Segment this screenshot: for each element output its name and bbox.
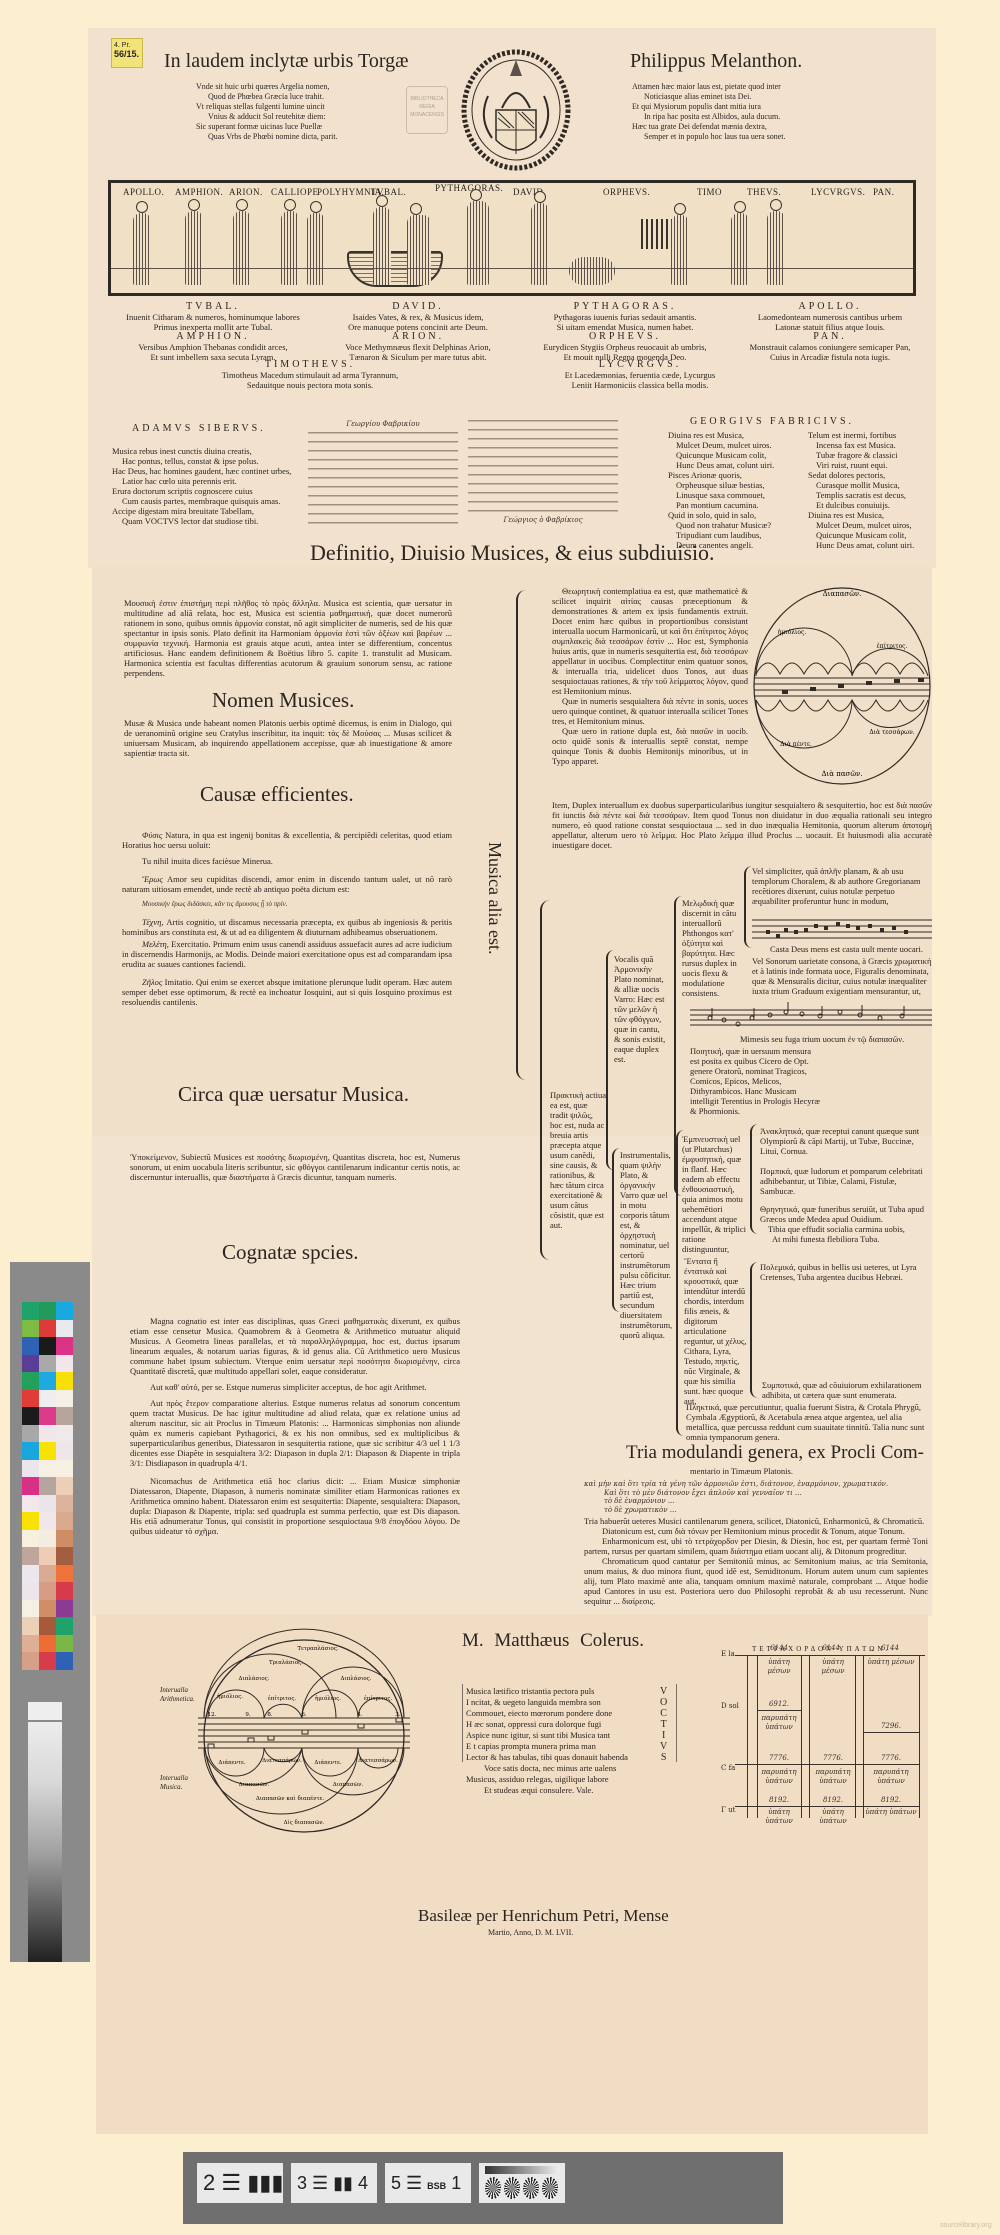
- frieze-label: ORPHEVS.: [603, 187, 650, 197]
- color-swatch: [22, 1617, 39, 1635]
- acrostic-letters: VOC TIV S: [660, 1686, 667, 1763]
- colerus-acrostic-poem: Musica lætifico tristantia pectora pulsI…: [466, 1686, 658, 1796]
- color-swatch: [22, 1495, 39, 1513]
- library-stamp: BIBLIOTHECAREGIAMONACENSIS: [406, 86, 448, 134]
- svg-text:Διπλάσιος.: Διπλάσιος.: [239, 1675, 270, 1682]
- target-panel-3: 5 ☰ BSB 1: [385, 2163, 471, 2203]
- frieze-label: TVBAL.: [371, 187, 406, 197]
- svg-text:ἡμιόλιος.: ἡμιόλιος.: [778, 629, 807, 636]
- color-calibration-strip: [10, 1262, 90, 1962]
- mensural-staff: [690, 1006, 932, 1030]
- gray-scale-wedge: [28, 1722, 62, 1962]
- chant-caption: Casta Deus mens est casta uult mente uoc…: [770, 944, 923, 954]
- simpliciter-text: Vel simpliciter, quã ἁπλῆν planam, & ab …: [752, 866, 932, 906]
- color-swatch: [22, 1600, 39, 1618]
- definitio-text: Μουσικὴ ἐστιν ἐπιστήμη περὶ πλῆθος τὸ πρ…: [124, 598, 452, 678]
- empneustica-brace: [750, 1124, 758, 1234]
- svg-text:Διὰ τεσσάρων.: Διὰ τεσσάρων.: [869, 729, 914, 736]
- poem-line: Vnius & adducit Sol reutehitæ diem:: [196, 112, 338, 122]
- color-swatch: [22, 1390, 39, 1408]
- poem-line: Hæc tua grate Dei defendat mænia dextra,: [632, 122, 786, 132]
- color-swatch: [39, 1617, 56, 1635]
- svg-text:ἐπίτριτος.: ἐπίτριτος.: [268, 1695, 297, 1702]
- interval-circle-diagram: Τετραπλάσιος. Τριπλάσιος. Διπλάσιος. Διπ…: [198, 1636, 410, 1836]
- colophon-line2: Martio, Anno, D. M. LVII.: [488, 1928, 573, 1937]
- frieze-label: AMPHION.: [175, 187, 223, 197]
- figure-orpheus: [531, 203, 549, 285]
- causa-amor: Ἔρως Amor seu cupiditas discendi, amor e…: [122, 874, 452, 894]
- svg-text:9.: 9.: [245, 1712, 250, 1718]
- color-swatch: [56, 1600, 73, 1618]
- verse-lycurgus: LYCVRGVS. Et Lacedæmonias, feruentia cæd…: [520, 360, 760, 390]
- main-brace: [516, 590, 526, 1080]
- item-text: Item, Duplex interuallum ex duobus super…: [552, 800, 932, 850]
- catalog-label-line2: 56/15.: [114, 50, 140, 59]
- nomen-title: Nomen Musices.: [212, 688, 354, 713]
- color-swatch: [39, 1407, 56, 1425]
- poem-line: Sic superant formæ uicinas luce Puellæ: [196, 122, 338, 132]
- poem-line: Et qui Mysiorum populis dant mitia iura: [632, 102, 786, 112]
- instrumentalis-brace: [612, 1148, 620, 1312]
- causa-natura: Φύσις Natura, in qua est ingenij bonitas…: [122, 830, 452, 850]
- color-swatch: [56, 1407, 73, 1425]
- practica-brace: [540, 900, 550, 1260]
- symposiaka-text: Συμποτικά, quæ ad cõuiuiorum exhilaratio…: [762, 1380, 932, 1400]
- greek-text-block: [468, 420, 618, 516]
- svg-text:Διατεσσάρων.: Διατεσσάρων.: [262, 1757, 302, 1764]
- melanthon-title: Philippus Melanthon.: [630, 50, 802, 73]
- georgius-col1: Diuina res est Musica,Mulcet Deum, mulce…: [668, 430, 798, 550]
- enteta-text: Ἔντατα ἢ ἐντατικὰ καὶ κρουστικά, quæ int…: [684, 1256, 748, 1406]
- resolution-target-bar: 2 ☰ ▮▮▮ 1 3 ☰ ▮▮ 4 5 ☰ BSB 1: [183, 2152, 783, 2224]
- poem-line: Quas Vrbs de Phœbi nomine dicta, parit.: [196, 132, 338, 142]
- organ-icon: [641, 219, 675, 249]
- figure-pan: [767, 211, 785, 285]
- svg-text:Διατεσσάρων.: Διατεσσάρων.: [358, 1757, 398, 1764]
- poem-line: Attamen hæc maior laus est, pietate quod…: [632, 82, 786, 92]
- color-swatch: [22, 1442, 39, 1460]
- frieze-label: THEVS.: [747, 187, 781, 197]
- color-swatch: [22, 1372, 39, 1390]
- color-swatch: [22, 1355, 39, 1373]
- target-panel-1: 2 ☰ ▮▮▮ 1: [197, 2163, 283, 2203]
- circa-text: Ὑποκείμενον, Subiectũ Musices est ποσότη…: [130, 1152, 460, 1182]
- coat-of-arms-icon: [458, 48, 574, 172]
- poem-line: Quod de Phœbea Græcia luce trahit.: [196, 92, 338, 102]
- color-swatch: [56, 1442, 73, 1460]
- color-swatch: [56, 1425, 73, 1443]
- color-swatch: [39, 1355, 56, 1373]
- svg-text:Διπλάσιος.: Διπλάσιος.: [341, 1675, 372, 1682]
- color-swatch: [56, 1477, 73, 1495]
- nomen-text: Musæ & Musica unde habeant nomen Platoni…: [124, 718, 452, 758]
- plektika-text: Πληκτικά, quæ percutiuntur, qualia fueru…: [686, 1402, 932, 1442]
- torga-poem: Vnde sit huic urbi quæres Argelia nomen,…: [196, 82, 338, 142]
- verse-pythagoras: PYTHAGORAS. Pythagoras iuuenis furias se…: [520, 302, 730, 362]
- target-panel-2: 3 ☰ ▮▮ 4: [291, 2163, 377, 2203]
- svg-text:ἡμιόλιος.: ἡμιόλιος.: [217, 1693, 243, 1700]
- color-swatch: [22, 1320, 39, 1338]
- frieze-label: ARION.: [229, 187, 263, 197]
- svg-text:Διαπασῶν.: Διαπασῶν.: [333, 1782, 364, 1788]
- color-swatch: [39, 1477, 56, 1495]
- empneustica-text: Ἐμπνευστικὴ uel (ut Plutarchus) ἐμφυσητι…: [682, 1134, 746, 1254]
- svg-text:12.: 12.: [208, 1712, 217, 1718]
- instrumentalis-text: Instrumentalis, quam ψιλὴν Plato, & ὀργα…: [620, 1150, 676, 1340]
- color-swatch: [39, 1547, 56, 1565]
- color-swatch: [39, 1372, 56, 1390]
- colerus-title: M. Matthæus Colerus.: [462, 1630, 644, 1652]
- cognatae-title: Cognatæ spcies.: [222, 1240, 359, 1265]
- color-swatch: [56, 1320, 73, 1338]
- svg-text:ἐπίτριτος.: ἐπίτριτος.: [877, 643, 908, 650]
- color-swatch: [39, 1512, 56, 1530]
- tetrachord-table: E la D sol C fa Γ ut 6144 6144 6144 ὑπάτ…: [735, 1655, 925, 1815]
- color-swatch: [39, 1442, 56, 1460]
- color-swatch: [22, 1547, 39, 1565]
- svg-text:Διαπασῶν.: Διαπασῶν.: [823, 590, 862, 598]
- poem-line: Noticiasque alias eminet ista Dei.: [632, 92, 786, 102]
- color-swatch: [22, 1460, 39, 1478]
- causa-horace-verse: Tu nihil inuita dices facièsue Minerua.: [122, 856, 452, 866]
- adamus-siberus-poem: ADAMVS SIBERVS. Musica rebus inest cunct…: [112, 424, 312, 526]
- color-swatch: [56, 1565, 73, 1583]
- causae-list: Φύσις Natura, in qua est ingenij bonitas…: [122, 830, 452, 1007]
- color-swatch: [22, 1530, 39, 1548]
- figure-polyhymnia: [307, 213, 325, 285]
- figure-timotheus: [671, 215, 689, 285]
- georgius-col2: Telum est inermi, fortibusIncensa fax es…: [808, 430, 938, 550]
- color-swatch: [56, 1512, 73, 1530]
- causa-techne: Τέχνη, Artis cognitio, ut discamus neces…: [122, 917, 452, 937]
- svg-text:Δὶς διαπασῶν.: Δὶς διαπασῶν.: [284, 1819, 325, 1826]
- color-swatch: [22, 1302, 39, 1320]
- svg-text:4.: 4.: [357, 1712, 362, 1718]
- mimesis-caption: Mimesis seu fuga trium uocum ἐν τῷ διαπα…: [740, 1034, 904, 1044]
- svg-text:Διὰ πέντε.: Διὰ πέντε.: [780, 741, 812, 748]
- figure-pythagoras: [407, 215, 431, 285]
- color-swatch: [39, 1320, 56, 1338]
- poem-line: In ripa hac posita est Albidos, aula duc…: [632, 112, 786, 122]
- white-patch: [28, 1702, 62, 1720]
- cognatae-text: Magna cognatio est inter eas disciplinas…: [130, 1316, 460, 1536]
- figure-david: [467, 201, 489, 285]
- frieze-label: PAN.: [873, 187, 894, 197]
- color-swatch: [39, 1565, 56, 1583]
- pompika-text: Πομπικά, quæ ludorum et pomparum celebri…: [760, 1166, 932, 1196]
- poem-line: Semper et in populo hoc laus tua uera so…: [632, 132, 786, 142]
- svg-text:ἡμιόλιος.: ἡμιόλιος.: [315, 1695, 341, 1702]
- svg-text:Διὰ πασῶν.: Διὰ πασῶν.: [821, 770, 862, 778]
- melodica-text: Μελῳδικὴ quæ discernit in cãtu interuall…: [682, 898, 738, 998]
- watermark: sourcelibrary.org: [940, 2222, 992, 2229]
- svg-text:Διάπεντε.: Διάπεντε.: [218, 1759, 246, 1766]
- svg-text:8.: 8.: [267, 1712, 272, 1718]
- color-swatch: [22, 1565, 39, 1583]
- target-panel-4: [479, 2163, 565, 2203]
- figure-calliope: [281, 211, 299, 285]
- color-swatch: [56, 1652, 73, 1670]
- vocalis-brace: [606, 950, 614, 1170]
- torga-title: In laudem inclytæ urbis Torgæ: [164, 50, 409, 73]
- svg-text:6.: 6.: [301, 1712, 306, 1718]
- svg-text:Διαπασῶν.: Διαπασῶν.: [239, 1782, 270, 1788]
- frieze-label: CALLIOPE: [271, 187, 319, 197]
- color-swatch: [56, 1495, 73, 1513]
- poetica-text: Ποιητική, quæ in uersuum mensura est pos…: [690, 1046, 822, 1116]
- color-swatch: [56, 1355, 73, 1373]
- instrument-types-brace: [676, 1130, 684, 1436]
- color-swatch: [39, 1425, 56, 1443]
- color-swatch: [39, 1390, 56, 1408]
- causa-zelos: Ζῆλος Imitatio. Qui enim se exercet absq…: [122, 977, 452, 1007]
- color-swatch: [56, 1635, 73, 1653]
- causae-title: Causæ efficientes.: [200, 782, 354, 807]
- color-swatch: [56, 1390, 73, 1408]
- animals: [569, 257, 615, 285]
- colerus-left-rule: [462, 1684, 463, 1762]
- color-swatch: [39, 1530, 56, 1548]
- threnetika-text: Θρηνητικά, quæ funeribus seruiũt, ut Tub…: [760, 1204, 932, 1244]
- musicians-frieze: APOLLO. AMPHION. ARION. CALLIOPE POLYHYM…: [108, 180, 916, 296]
- sonorum-text: Vel Sonorum uarietate consona, à Græcis …: [752, 956, 932, 996]
- musica-alia-label: Musica alia est.: [484, 842, 505, 954]
- diapason-circle-diagram: Διαπασῶν. ἡμιόλιος. ἐπίτριτος. Διὰ πέντε…: [752, 586, 932, 786]
- svg-text:Διαπασῶν καὶ διαπέντε.: Διαπασῶν καὶ διαπέντε.: [256, 1795, 324, 1802]
- color-swatch: [39, 1337, 56, 1355]
- color-swatch: [39, 1652, 56, 1670]
- greek-text-block: [308, 432, 458, 528]
- georgius-fabricius-title: GEORGIVS FABRICIVS.: [690, 416, 854, 427]
- melanthon-poem: Attamen hæc maior laus est, pietate quod…: [632, 82, 786, 142]
- color-swatch: [56, 1372, 73, 1390]
- causa-melete: Μελέτη, Exercitatio. Primum enim usus ca…: [122, 939, 452, 969]
- color-swatch: [39, 1635, 56, 1653]
- colerus-right-rule: [676, 1684, 677, 1762]
- svg-text:Διάπεντε.: Διάπεντε.: [314, 1759, 342, 1766]
- color-swatch: [56, 1530, 73, 1548]
- ground-line: [111, 268, 913, 269]
- color-swatch: [56, 1460, 73, 1478]
- verse-timotheus: TIMOTHEVS. Timotheus Macedum stimulauit …: [170, 360, 450, 390]
- greek-poem-1: Γεωργίου Φαβρικίου: [308, 420, 458, 528]
- vocalis-text: Vocalis quã Ἁρμονικὴν Plato nominat, & a…: [614, 954, 666, 1064]
- practica-text: Πρακτικὴ actiua ea est, quæ tradit ψιλῶς…: [550, 1090, 606, 1230]
- color-swatch: [56, 1337, 73, 1355]
- causa-greek-verse: Μουσικὴν ἔρως διδάσκει, κἂν τις ἄμουσος …: [122, 900, 452, 909]
- color-swatch: [56, 1302, 73, 1320]
- color-swatch-grid: [22, 1302, 74, 1670]
- polemika-text: Πολεμικά, quibus in bellis usi ueteres, …: [760, 1262, 932, 1282]
- color-swatch: [22, 1635, 39, 1653]
- tria-subtitle: mentario in Timæum Platonis.: [690, 1466, 793, 1476]
- color-swatch: [22, 1425, 39, 1443]
- figure-apollo: [133, 213, 151, 285]
- color-swatch: [22, 1477, 39, 1495]
- tria-greek: καὶ μὴν καὶ ὅτι τρία τὰ γένη τῶν ἁρμονιῶ…: [584, 1480, 924, 1514]
- color-swatch: [39, 1600, 56, 1618]
- poem-line: Vt reliquas stellas fulgenti lumine uinc…: [196, 102, 338, 112]
- svg-text:ἐπίτριτος.: ἐπίτριτος.: [364, 1695, 393, 1702]
- color-swatch: [56, 1582, 73, 1600]
- color-swatch: [22, 1407, 39, 1425]
- color-swatch: [56, 1547, 73, 1565]
- tria-text: Tria habuerũt ueteres Musici cantilenaru…: [584, 1516, 928, 1606]
- color-swatch: [39, 1582, 56, 1600]
- greek-poem-2: Γεώργιος ὁ Φαβρίκιος: [468, 420, 618, 525]
- theoretica-text: Θεωρητικὴ contemplatiua ea est, quæ math…: [552, 586, 748, 766]
- anakletika-text: Ἀνακλητικά, quæ receptui canunt quæque s…: [760, 1126, 932, 1156]
- figure-tubal: [373, 207, 391, 285]
- frieze-label: APOLLO.: [123, 187, 164, 197]
- color-swatch: [56, 1617, 73, 1635]
- svg-text:Τετραπλάσιος.: Τετραπλάσιος.: [297, 1645, 339, 1652]
- poem-line: Vnde sit huic urbi quæres Argelia nomen,: [196, 82, 338, 92]
- frieze-label: PYTHAGORAS.: [435, 183, 503, 193]
- frieze-label: LYCVRGVS.: [811, 187, 865, 197]
- figure-lycurgus: [731, 213, 749, 285]
- verse-tubal: TVBAL. Inuenit Citharam & numeros, homin…: [108, 302, 318, 362]
- verse-david: DAVID. Isaides Vates, & rex, & Musicus i…: [318, 302, 518, 362]
- definitio-title: Definitio, Diuisio Musices, & eius subdi…: [310, 540, 715, 566]
- verse-apollo: APOLLO. Laomedonteam numerosis cantibus …: [730, 302, 930, 362]
- color-swatch: [39, 1460, 56, 1478]
- figure-arion: [233, 211, 251, 285]
- figure-amphion: [185, 211, 203, 285]
- circa-title: Circa quæ uersatur Musica.: [178, 1082, 409, 1107]
- frieze-label: TIMO: [697, 187, 722, 197]
- tria-title: Tria modulandi genera, ex Procli Com-: [626, 1442, 924, 1464]
- chant-staff: [752, 916, 932, 940]
- svg-text:Τριπλάσιος.: Τριπλάσιος.: [269, 1659, 303, 1666]
- catalog-label: 4. Pr. 56/15.: [111, 38, 143, 68]
- simpliciter-brace: [744, 866, 752, 948]
- color-swatch: [22, 1582, 39, 1600]
- color-swatch: [22, 1652, 39, 1670]
- color-swatch: [39, 1495, 56, 1513]
- color-swatch: [22, 1337, 39, 1355]
- colophon-line1: Basileæ per Henrichum Petri, Mense: [418, 1906, 669, 1926]
- color-swatch: [39, 1302, 56, 1320]
- enteta-brace: [750, 1262, 758, 1398]
- svg-text:3.: 3.: [395, 1712, 400, 1718]
- color-swatch: [22, 1512, 39, 1530]
